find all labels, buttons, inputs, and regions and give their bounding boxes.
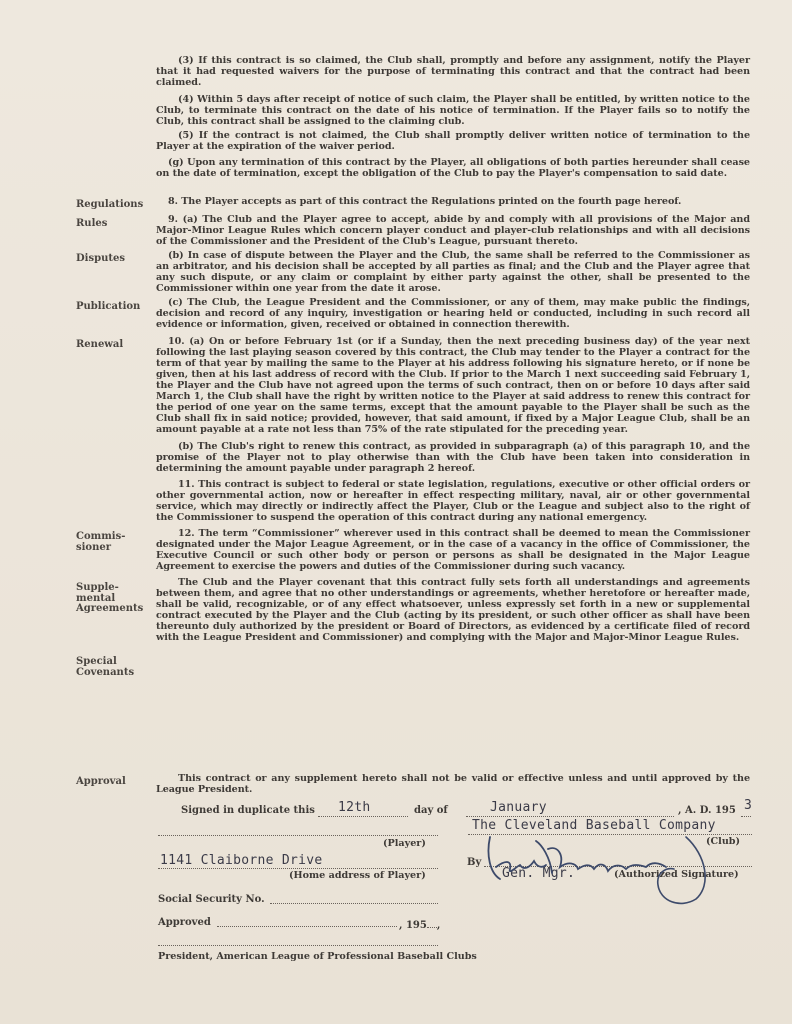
margin-label-renewal: Renewal <box>76 340 148 351</box>
paragraph-text: (g) Upon any termination of this contrac… <box>156 157 750 179</box>
approved-year: 195 <box>406 920 427 931</box>
paragraph-g: (g) Upon any termination of this contrac… <box>156 157 750 179</box>
paragraph-text: 12. The term “Commissioner” wherever use… <box>156 528 750 572</box>
year-field-line <box>741 816 751 817</box>
president-caption: President, American League of Profession… <box>158 951 477 962</box>
approved-date-field[interactable] <box>217 926 397 927</box>
paragraph-text: 11. This contract is subject to federal … <box>156 479 750 523</box>
approved-label: Approved <box>158 917 211 928</box>
home-address-line <box>158 868 438 869</box>
margin-label-supplemental-agreements: Supple- mental Agreements <box>76 583 148 615</box>
handwritten-signature <box>460 815 740 915</box>
paragraph-10b: (b) The Club's right to renew this contr… <box>156 441 750 474</box>
paragraph-text: 8. The Player accepts as part of this co… <box>168 196 681 207</box>
home-address-caption: (Home address of Player) <box>289 870 426 881</box>
paragraph-9b: (b) In case of dispute between the Playe… <box>156 250 750 294</box>
day-field-line <box>318 816 408 817</box>
paragraph-10a: 10. (a) On or before February 1st (or if… <box>156 336 750 435</box>
paragraph-11: 11. This contract is subject to federal … <box>156 479 750 523</box>
paragraph-4: (4) Within 5 days after receipt of notic… <box>156 94 750 127</box>
paragraph-text: (c) The Club, the League President and t… <box>156 297 750 330</box>
paragraph-5: (5) If the contract is not claimed, the … <box>156 130 750 152</box>
paragraph-9a: 9. (a) The Club and the Player agree to … <box>156 214 750 247</box>
margin-label-commissioner: Commis- sioner <box>76 532 148 553</box>
player-caption: (Player) <box>383 838 426 849</box>
margin-label-regulations: Regulations <box>76 200 148 211</box>
margin-label-rules: Rules <box>76 219 148 230</box>
paragraph-text: (b) In case of dispute between the Playe… <box>156 250 750 294</box>
paragraph-8: 8. The Player accepts as part of this co… <box>156 196 750 207</box>
margin-label-disputes: Disputes <box>76 254 148 265</box>
paragraph-text: (5) If the contract is not claimed, the … <box>156 130 750 152</box>
paragraph-text: (b) The Club's right to renew this contr… <box>156 441 750 474</box>
paragraph-3: (3) If this contract is so claimed, the … <box>156 55 750 88</box>
player-signature-line[interactable] <box>158 835 438 836</box>
margin-label-special-covenants: Special Covenants <box>76 657 148 678</box>
paragraph-text: 9. (a) The Club and the Player agree to … <box>156 214 750 247</box>
paragraph-text: (3) If this contract is so claimed, the … <box>156 55 750 88</box>
contract-page: (3) If this contract is so claimed, the … <box>0 0 792 1024</box>
day-of-label: day of <box>414 805 448 816</box>
paragraph-9c: (c) The Club, the League President and t… <box>156 297 750 330</box>
paragraph-text: The Club and the Player covenant that th… <box>156 577 750 643</box>
ssn-field[interactable] <box>270 903 438 904</box>
paragraph-text: (4) Within 5 days after receipt of notic… <box>156 94 750 127</box>
president-signature-line[interactable] <box>158 945 438 946</box>
ssn-label: Social Security No. <box>158 894 265 905</box>
approved-year-label: , 195, <box>399 917 440 931</box>
signed-in-duplicate-label: Signed in duplicate this <box>181 805 315 816</box>
paragraph-12: 12. The term “Commissioner” wherever use… <box>156 528 750 572</box>
margin-label-publication: Publication <box>76 302 148 313</box>
day-field[interactable]: 12th <box>338 800 371 815</box>
paragraph-text: This contract or any supplement hereto s… <box>156 773 750 795</box>
paragraph-supplemental: The Club and the Player covenant that th… <box>156 577 750 643</box>
month-field[interactable]: January <box>490 800 547 815</box>
margin-label-approval: Approval <box>76 777 148 788</box>
approval-paragraph: This contract or any supplement hereto s… <box>156 773 750 795</box>
paragraph-text: 10. (a) On or before February 1st (or if… <box>156 336 750 435</box>
home-address-field[interactable]: 1141 Claiborne Drive <box>160 853 323 868</box>
year-digit-field[interactable]: 3 <box>744 798 752 813</box>
